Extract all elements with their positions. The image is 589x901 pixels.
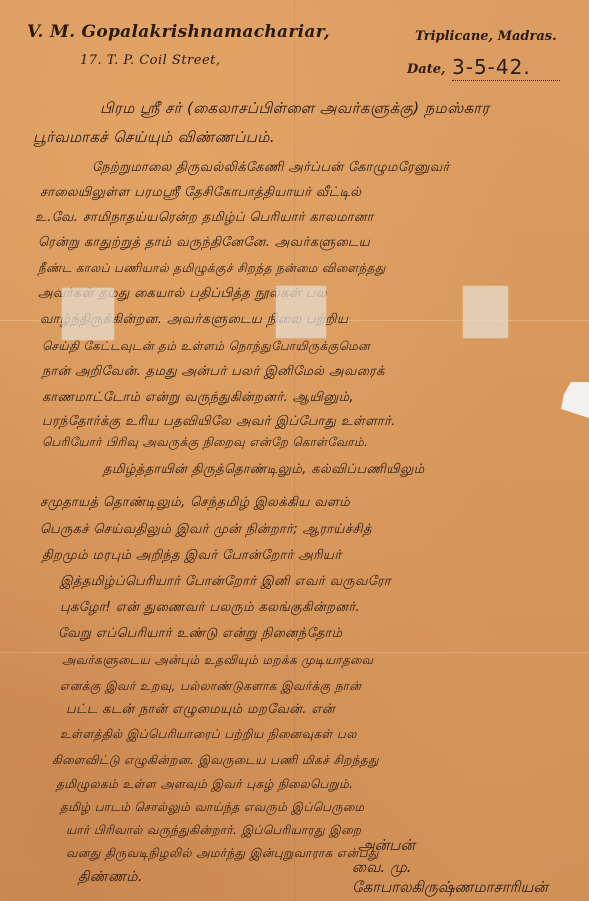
letter-body-line: சாலையிலுள்ள பரமஸ்ரீ தேசிகோபாத்தியாயர் வீ… xyxy=(40,183,361,203)
letter-body-line: காணமாட்டோம் என்று வருந்துகின்றனர். ஆயினு… xyxy=(42,388,354,408)
letter-body-line: சமுதாயத் தொண்டிலும், செந்தமிழ் இலக்கிய வ… xyxy=(40,493,350,513)
date-label: Date, xyxy=(407,62,446,77)
paper-tear xyxy=(561,382,589,418)
letter-body-line: புகழோ! என் துணைவர் பலரும் கலங்குகின்றனர்… xyxy=(60,598,360,618)
closing-word: அன்பன் xyxy=(358,836,415,856)
letter-body-line: எனக்கு இவர் உறவு, பல்லாண்டுகளாக இவர்க்கு… xyxy=(60,676,361,696)
letterhead-sender-name: V. M. Gopalakrishnamachariar, xyxy=(27,22,330,42)
letter-body-line: தமிழ்த்தாயின் திருத்தொண்டிலும், கல்விப்ப… xyxy=(103,460,425,480)
letter-body-line: வனது திருவடிநிழலில் அமர்ந்து இன்புறுவாரா… xyxy=(66,843,379,863)
letter-body-line: நான் அறிவேன். தமது அன்பர் பலர் இனிமேல் அ… xyxy=(42,362,385,382)
letter-body-line: திண்ணம். xyxy=(78,867,143,887)
salutation-line: பிரம ஸ்ரீ சர் (கைலாசப்பிள்ளை அவர்களுக்கு… xyxy=(100,98,490,118)
letter-body-line: உ.வே. சாமிநாதய்யரென்ற தமிழ்ப் பெரியார் க… xyxy=(35,208,374,228)
letterhead-city: Triplicane, Madras. xyxy=(415,29,557,44)
letter-body-line: அவர்களுடைய அன்பும் உதவியும் மறக்க முடியா… xyxy=(62,650,373,670)
letter-body-line: ரென்று காதுற்றுத் தாம் வருந்தினேனே. அவர்… xyxy=(38,233,370,253)
letter-body-line: கிளைவிட்டு எழுகின்றன. இவருடைய பணி மிகச் … xyxy=(52,750,379,770)
letter-body-line: யார் பிரிவால் வருந்துகின்றார். இப்பெரியா… xyxy=(66,820,361,840)
letter-body-line: பெரியோர் பிரிவு அவருக்கு நிறைவு என்றே கொ… xyxy=(42,432,368,452)
repair-tape-patch xyxy=(62,288,114,340)
repair-tape-patch xyxy=(463,286,508,338)
letter-body-line: நேற்றுமாலை திருவல்லிக்கேணி அர்ப்பன் கோழு… xyxy=(92,158,450,178)
letter-page: V. M. Gopalakrishnamachariar, 17. T. P. … xyxy=(0,0,589,901)
letterhead-street-address: 17. T. P. Coil Street, xyxy=(80,53,221,68)
letter-body-line: இத்தமிழ்ப்பெரியார் போன்றோர் இனி எவர் வரு… xyxy=(60,572,391,592)
date-value: 3-5-42. xyxy=(452,55,560,81)
letter-body-line: உள்ளத்தில் இப்பெரியாரைப் பற்றிய நினைவுகள… xyxy=(60,724,357,744)
letter-body-line: நீண்ட காலப் பணியால் தமிழுக்குச் சிறந்த ந… xyxy=(38,258,386,278)
letter-body-line: வேறு எப்பெரியார் உண்டு என்று நினைந்தோம் xyxy=(58,624,343,644)
letter-body-line: தமிழ் பாடம் சொல்லும் வாய்ந்த எவரும் இப்ப… xyxy=(60,797,364,817)
signature: வை. மு. கோபாலகிருஷ்ணமாசாரியன் xyxy=(352,858,589,898)
letter-body-line: பெருகச் செய்வதிலும் இவர் முன் நின்றார்; … xyxy=(40,520,372,540)
letter-body-line: தமிழுலகம் உள்ள அளவும் இவர் புகழ் நிலைபெற… xyxy=(56,774,353,794)
letter-body-line: பரந்தோர்க்கு உரிய பதவியிலே அவர் இப்போது … xyxy=(42,412,396,432)
salutation-line: பூர்வமாகச் செய்யும் விண்ணப்பம். xyxy=(33,127,275,147)
letter-body-line: திறமும் மரபும் அறிந்த இவர் போன்றோர் அரிய… xyxy=(42,546,342,566)
repair-tape-patch xyxy=(276,286,326,338)
letter-body-line: பட்ட கடன் நான் எழுமையும் மறவேன். என் xyxy=(66,700,335,720)
